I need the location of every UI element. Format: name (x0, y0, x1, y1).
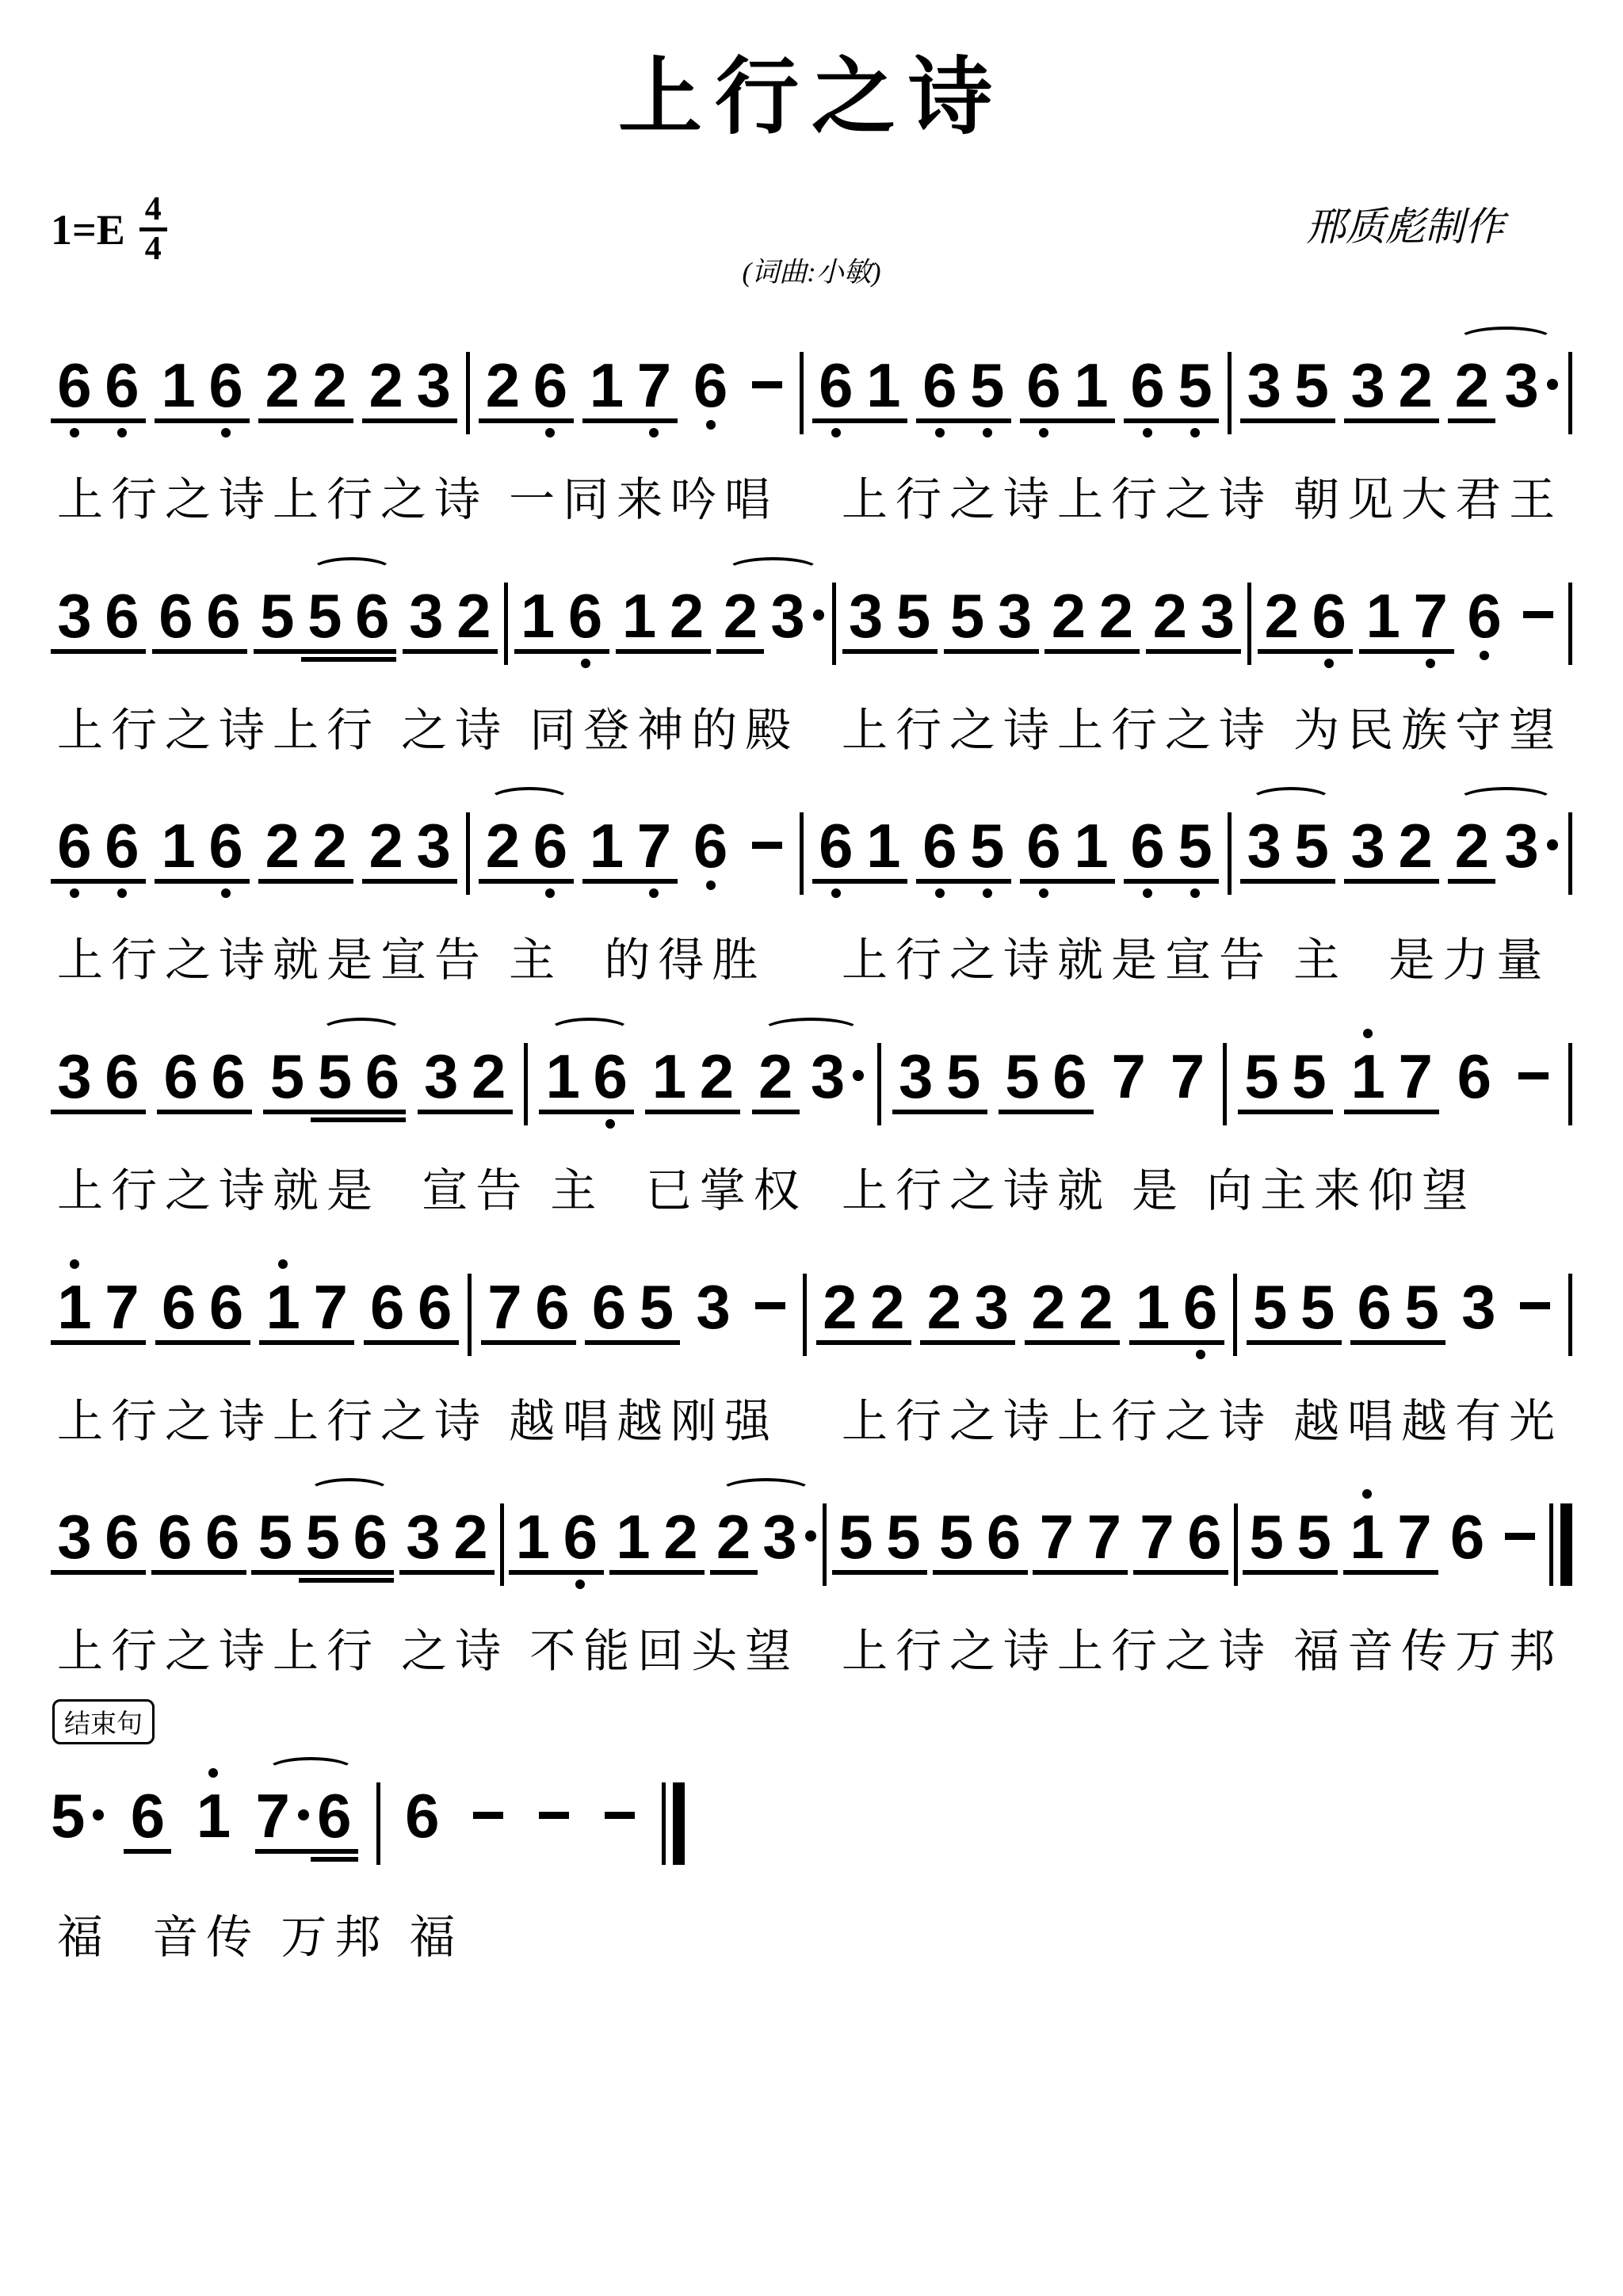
beam-group: 65 (916, 352, 1011, 417)
note-digit: 6 (1457, 1043, 1491, 1108)
note-digit: 3 (899, 1043, 933, 1108)
note-digit: 5 (1253, 1274, 1287, 1339)
underline (299, 1578, 346, 1583)
note-digit: 6 (158, 583, 193, 648)
beam-group (743, 812, 791, 877)
underline (204, 1110, 252, 1114)
octave-dot-low (545, 428, 555, 437)
note: 6 (200, 583, 247, 648)
note: 1 (582, 352, 630, 417)
barline (466, 352, 470, 434)
underline (1407, 649, 1454, 654)
underline (1285, 1110, 1333, 1114)
note-digit: 5 (950, 583, 984, 648)
note: 2 (1072, 1274, 1120, 1339)
note-digit: 6 (1026, 352, 1060, 417)
note (1510, 1043, 1557, 1108)
note-digit: 6 (922, 352, 957, 417)
beam-group: 66 (51, 812, 146, 877)
barline (803, 1274, 807, 1356)
beam-group: 56 (999, 1043, 1094, 1108)
note-digit: 3 (424, 1043, 458, 1108)
note-digit: 5 (1178, 812, 1212, 877)
note-digit: 1 (516, 1503, 550, 1568)
barline (877, 1043, 881, 1125)
underline (1092, 649, 1140, 654)
beam-group: 66 (364, 1274, 459, 1339)
note: 1 (1344, 1043, 1392, 1108)
note: 2 (258, 352, 306, 417)
barline (1228, 352, 1232, 434)
note: 1 (509, 1503, 556, 1568)
note-digit: 2 (1399, 352, 1433, 417)
note-digit: 2 (700, 1043, 734, 1108)
note: 2 (362, 812, 410, 877)
dash-extension (1523, 611, 1553, 618)
underline (816, 1340, 864, 1345)
underline (940, 1110, 987, 1114)
note-digit: 6 (209, 1274, 243, 1339)
underline (98, 1570, 146, 1575)
beam-group: 26 (479, 812, 574, 877)
octave-dot-low (831, 428, 841, 437)
note-digit: 5 (1405, 1274, 1439, 1339)
note-digit: 7 (1040, 1503, 1074, 1568)
note: 5 (263, 1043, 311, 1108)
note-digit: 6 (208, 352, 242, 417)
underline (585, 1340, 632, 1345)
underline (200, 649, 247, 654)
underline (301, 649, 349, 654)
underline (1344, 1110, 1392, 1114)
note: 7 (307, 1274, 354, 1339)
ending-system: 561766福 音传 万邦 福 (51, 1744, 685, 1966)
underline (98, 1110, 146, 1114)
note: 3 (51, 1503, 98, 1568)
underline (403, 649, 450, 654)
barline (1568, 812, 1572, 895)
note: 6 (1124, 352, 1171, 417)
tie-arc (311, 557, 393, 584)
underline (311, 1117, 358, 1122)
underline (539, 1110, 586, 1114)
note-digit: 3 (998, 583, 1032, 648)
note: 2 (716, 583, 764, 648)
note (743, 352, 791, 417)
augmentation-dot (298, 1809, 309, 1820)
beam-group: 7 (1163, 1043, 1211, 1108)
note-digit: 5 (640, 1274, 674, 1339)
underline (1193, 649, 1241, 654)
underline (349, 657, 396, 662)
note-digit: 3 (811, 1043, 845, 1108)
arranger-credit: 邢质彪制作 (1306, 195, 1504, 252)
underline (812, 418, 860, 423)
underline (311, 1849, 358, 1854)
note-digit: 1 (1074, 812, 1108, 877)
note: 6 (1305, 583, 1353, 648)
note-digit: 2 (486, 352, 520, 417)
note-digit: 5 (307, 583, 342, 648)
note-digit: 6 (1312, 583, 1346, 648)
note-digit: 5 (970, 812, 1004, 877)
note-digit: 3 (696, 1274, 730, 1339)
music-line: 17661766766532223221655653上行之诗上行之诗 越唱越刚强… (51, 1239, 1572, 1449)
note: 6 (916, 352, 964, 417)
note-digit: 2 (1455, 352, 1489, 417)
underline (155, 879, 202, 884)
beam-group: 17 (259, 1274, 354, 1339)
note: 6 (399, 1782, 446, 1847)
lyric-text: 福 音传 万邦 福 (51, 1900, 685, 1966)
note-digit: 2 (1052, 583, 1086, 648)
note-digit: 6 (105, 583, 139, 648)
note-digit: 6 (1183, 1274, 1217, 1339)
beam-group: 3 (689, 1274, 737, 1339)
underline (1129, 1340, 1177, 1345)
notes-row: 3666556321612233553222326176 (51, 548, 1572, 705)
note: 5 (254, 583, 301, 648)
underline (1171, 418, 1219, 423)
underline (346, 1570, 394, 1575)
note (596, 1782, 643, 1847)
underline (155, 418, 202, 423)
lyric-text: 上行之诗就 是 向主来仰望 (811, 1165, 1572, 1218)
beam-group: 55 (832, 1503, 927, 1568)
note: 5 (964, 812, 1011, 877)
note-digit: 6 (205, 1503, 239, 1568)
note: 2 (362, 352, 410, 417)
note: 6 (51, 352, 98, 417)
lyric-text: 上行之诗上行之诗 一同来吟唱 (51, 474, 811, 527)
beam-group: 65 (585, 1274, 680, 1339)
underline (1133, 1570, 1181, 1575)
beam-group: 3 (770, 583, 825, 648)
note: 1 (514, 583, 562, 648)
key-signature: 1=E (51, 205, 125, 254)
underline (1067, 418, 1115, 423)
underline (202, 879, 250, 884)
note-digit: 5 (886, 1503, 920, 1568)
note-digit: 2 (486, 812, 520, 877)
note-digit: 6 (819, 352, 853, 417)
octave-dot-high (1362, 1489, 1372, 1499)
underline (307, 1340, 354, 1345)
barline (1568, 1274, 1572, 1356)
underline (864, 1340, 911, 1345)
music-line: 3666556321612233553222326176上行之诗上行 之诗 同登… (51, 548, 1572, 758)
note: 6 (203, 1274, 250, 1339)
underline (362, 418, 410, 423)
note-digit: 6 (105, 812, 139, 877)
note: 6 (155, 1274, 203, 1339)
lyric-text: 上行之诗上行之诗 为民族守望 (811, 705, 1572, 758)
lyric-text: 上行之诗上行 之诗 同登神的殿 (51, 705, 811, 758)
note-digit: 3 (409, 583, 443, 648)
note-digit: 6 (1130, 352, 1164, 417)
underline (526, 418, 574, 423)
beam-group: 6 (1461, 583, 1508, 648)
note: 6 (202, 812, 250, 877)
beam-group: 6 (399, 1782, 446, 1847)
score: 661622232617661656165353223上行之诗上行之诗 一同来吟… (0, 317, 1623, 1966)
beam-group: 22 (1044, 583, 1140, 648)
beam-group: 61 (812, 812, 907, 877)
note: 1 (860, 812, 907, 877)
barline (1568, 583, 1572, 665)
note: 2 (258, 812, 306, 877)
beam-group: 5 (51, 1782, 105, 1847)
note-digit: 3 (1504, 352, 1538, 417)
underline (630, 879, 678, 884)
underline (832, 1570, 880, 1575)
underline (51, 418, 98, 423)
octave-dot-low (1426, 659, 1435, 668)
lyrics-row: 上行之诗就是 宣告 主 已掌权上行之诗就 是 向主来仰望 (51, 1165, 1572, 1218)
underline (51, 649, 98, 654)
final-barline (662, 1782, 685, 1865)
note-digit: 6 (1052, 1043, 1086, 1108)
underline (890, 649, 938, 654)
note-digit: 6 (365, 1043, 399, 1108)
note: 1 (1067, 812, 1115, 877)
barline (1568, 352, 1572, 434)
note: 5 (832, 1503, 880, 1568)
note-digit: 2 (1153, 583, 1187, 648)
note: 7 (1133, 1503, 1181, 1568)
barline (1247, 583, 1251, 665)
note (747, 1274, 794, 1339)
note: 2 (663, 583, 711, 648)
beam-group: 66 (152, 583, 247, 648)
note-digit: 1 (616, 1503, 650, 1568)
note: 1 (609, 1503, 657, 1568)
beam-group: 77 (1033, 1503, 1128, 1568)
underline (663, 649, 711, 654)
tie-arc (720, 1478, 812, 1505)
note: 3 (689, 1274, 737, 1339)
note (530, 1782, 578, 1847)
note: 1 (1129, 1274, 1177, 1339)
note-digit: 2 (1079, 1274, 1113, 1339)
underline (1171, 879, 1219, 884)
note: 2 (752, 1043, 800, 1108)
beam-group: 7 (1105, 1043, 1152, 1108)
octave-dot-low (221, 888, 231, 898)
barline (1228, 812, 1232, 895)
note: 6 (364, 1274, 411, 1339)
lyrics-row: 上行之诗上行之诗 越唱越刚强上行之诗上行之诗 越唱越有光 (51, 1396, 1572, 1449)
underline (716, 649, 764, 654)
note-digit: 1 (590, 812, 624, 877)
note: 2 (864, 1274, 911, 1339)
barline-thick (673, 1782, 685, 1865)
note: 6 (358, 1043, 406, 1108)
underline (1288, 418, 1335, 423)
note-digit: 2 (1265, 583, 1299, 648)
beam-group: 16 (539, 1043, 634, 1108)
note: 2 (450, 583, 498, 648)
note-digit: 6 (162, 1274, 196, 1339)
underline (630, 418, 678, 423)
underline (299, 1570, 346, 1575)
tie-arc (308, 1478, 391, 1505)
note: 5 (311, 1043, 358, 1108)
note-digit: 2 (369, 352, 403, 417)
note: 3 (410, 352, 457, 417)
beam-group: 2 (752, 1043, 800, 1108)
note-digit: 6 (1450, 1503, 1484, 1568)
note: 5 (1243, 1503, 1290, 1568)
underline (1290, 1570, 1338, 1575)
beam-group: 76 (1133, 1503, 1228, 1568)
note: 6 (980, 1503, 1028, 1568)
note-digit: 5 (970, 352, 1004, 417)
note: 2 (1146, 583, 1193, 648)
note: 5 (51, 1782, 105, 1847)
note: 6 (98, 1503, 146, 1568)
underline (254, 649, 301, 654)
beam-group: 23 (1146, 583, 1241, 648)
note: 3 (403, 583, 450, 648)
beam-group: 76 (481, 1274, 576, 1339)
note: 6 (349, 583, 396, 648)
note: 1 (582, 812, 630, 877)
note-digit: 1 (545, 1043, 579, 1108)
underline (1398, 1340, 1445, 1345)
note: 5 (1288, 352, 1335, 417)
beam-group: 556 (263, 1043, 406, 1108)
note: 3 (1240, 812, 1288, 877)
note: 6 (151, 1503, 199, 1568)
underline (311, 1857, 358, 1862)
note: 2 (1448, 812, 1495, 877)
note: 6 (152, 583, 200, 648)
underline (916, 879, 964, 884)
underline (980, 1570, 1028, 1575)
note-digit: 2 (758, 1043, 792, 1108)
note: 1 (1067, 352, 1115, 417)
underline (812, 879, 860, 884)
underline (1247, 1340, 1294, 1345)
note-digit: 5 (1297, 1503, 1331, 1568)
note-digit: 7 (1397, 1503, 1431, 1568)
note: 1 (539, 1043, 586, 1108)
note: 7 (1105, 1043, 1152, 1108)
note-digit: 6 (563, 1503, 598, 1568)
notes-row: 561766 (51, 1744, 685, 1900)
barline (832, 583, 836, 665)
beam-group: 35 (1240, 352, 1335, 417)
underline (880, 1570, 927, 1575)
note: 3 (51, 1043, 98, 1108)
note: 1 (645, 1043, 693, 1108)
note-digit: 3 (975, 1274, 1009, 1339)
note-digit: 2 (663, 1503, 697, 1568)
underline (991, 649, 1039, 654)
dash-extension (539, 1812, 569, 1819)
augmentation-dot (1547, 839, 1558, 850)
beam-group (747, 1274, 794, 1339)
beam-group: 17 (1359, 583, 1454, 648)
beam-group: 6 (687, 352, 735, 417)
note: 6 (51, 812, 98, 877)
beam-group: 1 (189, 1782, 237, 1847)
note: 7 (98, 1274, 146, 1339)
lyrics-row: 上行之诗就是宣告 主 的得胜上行之诗就是宣告 主 是力量 (51, 934, 1572, 988)
note: 6 (526, 812, 574, 877)
note: 6 (98, 583, 146, 648)
note: 6 (1020, 352, 1067, 417)
note-digit: 5 (306, 1503, 340, 1568)
note-digit: 3 (1247, 812, 1281, 877)
note: 3 (51, 583, 98, 648)
note-digit: 5 (939, 1503, 973, 1568)
note-digit: 5 (946, 1043, 980, 1108)
underline (509, 1570, 556, 1575)
underline (411, 1340, 459, 1345)
note: 2 (1392, 352, 1439, 417)
note-digit: 6 (1467, 583, 1501, 648)
beam-group: 66 (51, 352, 146, 417)
note: 7 (1033, 1503, 1080, 1568)
note-digit: 6 (212, 1043, 246, 1108)
lyric-text: 上行之诗上行之诗 福音传万邦 (811, 1626, 1572, 1679)
note-digit: 2 (1455, 812, 1489, 877)
note-digit: 6 (158, 1503, 192, 1568)
note: 2 (306, 352, 353, 417)
beam-group: 53 (944, 583, 1039, 648)
note: 2 (1392, 812, 1439, 877)
dash-extension (1505, 1533, 1535, 1540)
note-digit: 7 (637, 812, 671, 877)
note-digit: 3 (1247, 352, 1281, 417)
augmentation-dot (813, 609, 824, 621)
underline (586, 1110, 634, 1114)
underline (1033, 1570, 1080, 1575)
beam-group: 23 (362, 812, 457, 877)
lyrics-row: 上行之诗上行之诗 一同来吟唱上行之诗上行之诗 朝见大君王 (51, 474, 1572, 527)
octave-dot-low (935, 888, 945, 898)
note-digit: 5 (1005, 1043, 1039, 1108)
underline (860, 418, 907, 423)
octave-dot-low (581, 659, 590, 668)
note: 7 (255, 1782, 310, 1847)
note-digit: 3 (1201, 583, 1235, 648)
tie-arc (320, 1018, 403, 1045)
underline (258, 418, 306, 423)
barline (800, 352, 804, 434)
note-digit: 3 (417, 812, 451, 877)
note: 5 (1171, 352, 1219, 417)
beam-group: 22 (816, 1274, 911, 1339)
note-digit: 5 (1294, 812, 1328, 877)
note: 3 (1504, 812, 1559, 877)
note: 3 (418, 1043, 465, 1108)
underline (199, 1570, 246, 1575)
underline (1448, 418, 1495, 423)
beam-group: 32 (418, 1043, 513, 1108)
beam-group: 36 (51, 583, 146, 648)
beam-group (1514, 583, 1562, 648)
note: 3 (1344, 812, 1392, 877)
ending-section: 结束句561766福 音传 万邦 福 (51, 1699, 1572, 1966)
note: 3 (399, 1503, 447, 1568)
beam-group: 17 (1344, 1043, 1439, 1108)
note: 7 (1391, 1503, 1438, 1568)
note-digit: 5 (270, 1043, 304, 1108)
note-digit: 6 (535, 1274, 569, 1339)
